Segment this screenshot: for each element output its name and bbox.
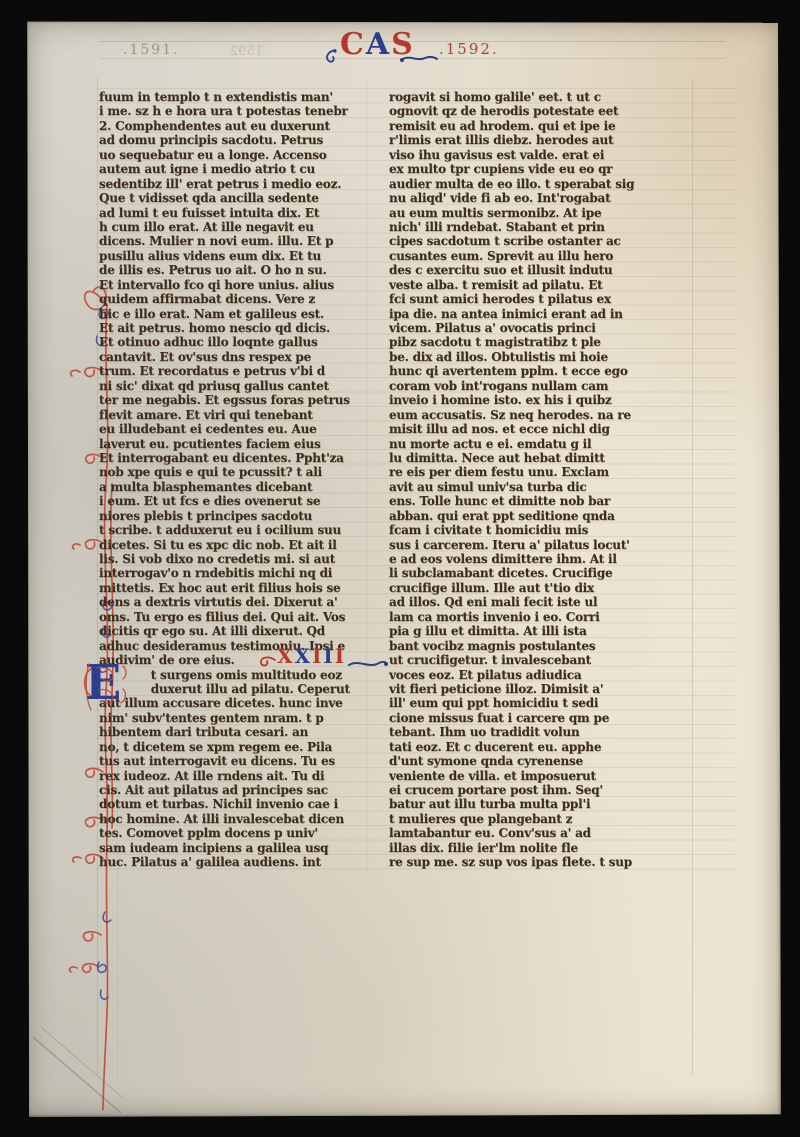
- text-line: d'unt symone qnda cyrenense: [389, 754, 693, 768]
- rubricated-letter: X: [295, 644, 313, 668]
- text-line: cantavit. Et ov'sus dns respex pe: [99, 350, 387, 364]
- text-line: oms. Tu ergo es filius dei. Qui ait. Vos: [99, 610, 387, 624]
- text-line: vit fieri peticione illoz. Dimisit a': [389, 682, 693, 696]
- text-line: dotum et turbas. Nichil invenio cae i: [99, 797, 387, 811]
- showthrough-number: 1592: [230, 44, 263, 59]
- text-line: fuum in templo t n extendistis man': [99, 90, 387, 104]
- text-line: de illis es. Petrus uo ait. O ho n su.: [99, 263, 387, 277]
- text-line: Que t vidisset qda ancilla sedente: [99, 191, 387, 205]
- text-line: ei crucem portare post ihm. Seq': [389, 783, 693, 797]
- text-line: veste alba. t remisit ad pilatu. Et: [389, 278, 693, 292]
- text-line: coram vob int'rogans nullam cam: [389, 379, 693, 393]
- text-line: dens a dextris virtutis dei. Dixerut a': [99, 595, 387, 609]
- text-line: misit illu ad nos. et ecce nichl dig: [389, 422, 693, 436]
- text-line: trum. Et recordatus e petrus v'bi d: [99, 364, 387, 378]
- rubricated-letter: I: [312, 644, 323, 668]
- text-line: cusantes eum. Sprevit au illu hero: [389, 249, 693, 263]
- text-line: Et otinuo adhuc illo loqnte gallus: [99, 335, 387, 349]
- text-line: audier multa de eo illo. t sperabat sig: [389, 177, 693, 191]
- text-line: autem aut igne i medio atrio t cu: [99, 162, 387, 176]
- manuscript-leaf: .1591. 1592 CAS .1592.: [25, 20, 781, 1117]
- header-flourish-icon: [399, 52, 439, 66]
- text-line: ens. Tolle hunc et dimitte nob bar: [389, 494, 693, 508]
- text-line: eu illudebant ei cedentes eu. Aue: [99, 422, 387, 436]
- text-line: aut illum accusare dicetes. hunc inve: [99, 696, 387, 710]
- text-line: nu morte actu e ei. emdatu g il: [389, 437, 693, 451]
- header-flourish-icon: [321, 48, 341, 70]
- folio-number-left: .1591.: [123, 42, 180, 58]
- text-line: i me. sz h e hora ura t potestas tenebr: [99, 104, 387, 118]
- text-line: huc. Pilatus a' galilea audiens. int: [99, 855, 387, 869]
- text-line: ex multo tpr cupiens vide eu eo qr: [389, 162, 693, 176]
- text-line: flevit amare. Et viri qui tenebant: [99, 408, 387, 422]
- text-line: pusillu alius videns eum dix. Et tu: [99, 249, 387, 263]
- text-line: i eum. Et ut fcs e dies ovenerut se: [99, 494, 387, 508]
- text-line: cione missus fuat i carcere qm pe: [389, 711, 693, 725]
- text-line: e ad eos volens dimittere ihm. At il: [389, 552, 693, 566]
- text-line: crucifige illum. Ille aut t'tio dix: [389, 581, 693, 595]
- text-line: bant vocibz magnis postulantes: [389, 639, 693, 653]
- text-line: duxerut illu ad pilatu. Ceperut: [99, 682, 387, 696]
- rubricated-letter: X: [277, 644, 295, 668]
- text-line: lis. Si vob dixo no credetis mi. si aut: [99, 552, 387, 566]
- text-line: ter me negabis. Et egssus foras petrus: [99, 393, 387, 407]
- text-line: laverut eu. pcutientes faciem eius: [99, 437, 387, 451]
- text-column-left: fuum in templo t n extendistis man'i me.…: [99, 90, 387, 870]
- text-line: sedentibz ill' erat petrus i medio eoz.: [99, 177, 387, 191]
- text-line: t mulieres que plangebant z: [389, 812, 693, 826]
- photo-backdrop: .1591. 1592 CAS .1592.: [0, 0, 800, 1137]
- text-line: au eum multis sermonibz. At ipe: [389, 206, 693, 220]
- text-line: nu aliqd' vide fi ab eo. Int'rogabat: [389, 191, 693, 205]
- text-line: ill' eum qui ppt homicidiu t sedi: [389, 696, 693, 710]
- text-line: quidem affirmabat dicens. Vere z: [99, 292, 387, 306]
- text-line: fcam i civitate t homicidiu mis: [389, 523, 693, 537]
- text-line: hic e illo erat. Nam et galileus est.: [99, 307, 387, 321]
- text-line: nim' subv'tentes gentem nram. t p: [99, 711, 387, 725]
- text-line: voces eoz. Et pilatus adiudica: [389, 668, 693, 682]
- text-line: dicens. Mulier n novi eum. illu. Et p: [99, 234, 387, 248]
- text-line: sam iudeam incipiens a galilea usq: [99, 841, 387, 855]
- chapter-numeral-flourish-icon: [257, 654, 277, 668]
- text-line: abban. qui erat ppt seditione qnda: [389, 509, 693, 523]
- text-line: r'limis erat illis diebz. herodes aut: [389, 133, 693, 147]
- text-line: eum accusatis. Sz neq herodes. na re: [389, 408, 693, 422]
- text-line: tebant. Ihm uo tradidit volun: [389, 725, 693, 739]
- text-line: t scribe. t adduxerut eu i ocilium suu: [99, 523, 387, 537]
- text-line: ognovit qz de herodis potestate eet: [389, 104, 693, 118]
- text-line: ad domu principis sacdotu. Petrus: [99, 133, 387, 147]
- text-line: be. dix ad illos. Obtulistis mi hoie: [389, 350, 693, 364]
- text-line: Et interrogabant eu dicentes. Ppht'za: [99, 451, 387, 465]
- text-line: rex iudeoz. At ille rndens ait. Tu di: [99, 769, 387, 783]
- text-line: cis. Ait aut pilatus ad principes sac: [99, 783, 387, 797]
- text-line: lu dimitta. Nece aut hebat dimitt: [389, 451, 693, 465]
- text-line: ad illos. Qd eni mali fecit iste ul: [389, 595, 693, 609]
- text-line: nich' illi rndebat. Stabant et prin: [389, 220, 693, 234]
- text-line: ni sic' dixat qd priusq gallus cantet: [99, 379, 387, 393]
- text-line: viso ihu gavisus est valde. erat ei: [389, 148, 693, 162]
- text-line: h cum illo erat. At ille negavit eu: [99, 220, 387, 234]
- text-line: a multa blasphemantes dicebant: [99, 480, 387, 494]
- text-line: fci sunt amici herodes t pilatus ex: [389, 292, 693, 306]
- text-line: remisit eu ad hrodem. qui et ipe ie: [389, 119, 693, 133]
- text-line: ad lumi t eu fuisset intuita dix. Et: [99, 206, 387, 220]
- text-line: t surgens omis multitudo eoz: [99, 668, 387, 682]
- text-line: nob xpe quis e qui te pcussit? t ali: [99, 465, 387, 479]
- text-line: ut crucifigetur. t invalescebant: [389, 653, 693, 667]
- text-line: illas dix. filie ier'lm nolite fle: [389, 841, 693, 855]
- chapter-numeral: XXIII: [277, 646, 346, 666]
- text-line: pibz sacdotu t magistratibz t ple: [389, 335, 693, 349]
- initial-filigree-icon: [83, 660, 131, 714]
- text-line: Et intervallo fco qi hore unius. alius: [99, 278, 387, 292]
- text-line: ipa die. na antea inimici erant ad in: [389, 307, 693, 321]
- text-line: dicetes. Si tu es xpc dic nob. Et ait il: [99, 538, 387, 552]
- text-line: batur aut illu turba multa ppl'i: [389, 797, 693, 811]
- text-line: rogavit si homo galile' eet. t ut c: [389, 90, 693, 104]
- text-line: lam ca mortis invenio i eo. Corri: [389, 610, 693, 624]
- text-line: sus i carcerem. Iteru a' pilatus locut': [389, 538, 693, 552]
- text-line: veniente de villa. et imposuerut: [389, 769, 693, 783]
- text-line: re eis per diem festu unu. Exclam: [389, 465, 693, 479]
- text-line: mittetis. Ex hoc aut erit filius hois se: [99, 581, 387, 595]
- text-column-right: rogavit si homo galile' eet. t ut cognov…: [389, 90, 693, 870]
- text-line: Et ait petrus. homo nescio qd dicis.: [99, 321, 387, 335]
- text-line: cipes sacdotum t scribe ostanter ac: [389, 234, 693, 248]
- rubricated-letter: A: [366, 30, 391, 60]
- text-line: hoc homine. At illi invalescebat dicen: [99, 812, 387, 826]
- text-line: vicem. Pilatus a' ovocatis princi: [389, 321, 693, 335]
- rubricated-letter: I: [323, 644, 334, 668]
- text-line: tati eoz. Et c ducerent eu. apphe: [389, 740, 693, 754]
- text-line: des c exercitu suo et illusit indutu: [389, 263, 693, 277]
- text-line: lamtabantur eu. Conv'sus a' ad: [389, 826, 693, 840]
- text-line: dicitis qr ego su. At illi dixerut. Qd: [99, 624, 387, 638]
- text-line: inveio i homine isto. ex his i quibz: [389, 393, 693, 407]
- text-line: hunc qi avertentem pplm. t ecce ego: [389, 364, 693, 378]
- text-line: niores plebis t principes sacdotu: [99, 509, 387, 523]
- text-line: no, t dicetem se xpm regem ee. Pila: [99, 740, 387, 754]
- rubricated-letter: C: [340, 30, 366, 60]
- text-line: re sup me. sz sup vos ipas flete. t sup: [389, 855, 693, 869]
- text-line: tes. Comovet pplm docens p univ': [99, 826, 387, 840]
- text-line: uo sequebatur eu a longe. Accenso: [99, 148, 387, 162]
- text-line: li subclamabant dicetes. Crucifige: [389, 566, 693, 580]
- text-line: hibentem dari tributa cesari. an: [99, 725, 387, 739]
- corner-crease: [25, 1005, 155, 1117]
- rubricated-letter: I: [335, 644, 346, 668]
- text-line: tus aut interrogavit eu dicens. Tu es: [99, 754, 387, 768]
- text-line: 2. Comphendentes aut eu duxerunt: [99, 119, 387, 133]
- text-line: avit au simul univ'sa turba dic: [389, 480, 693, 494]
- chapter-numeral-flourish-icon: [347, 658, 389, 672]
- text-line: pia g illu et dimitta. At illi ista: [389, 624, 693, 638]
- folio-number-right: .1592.: [439, 40, 499, 58]
- text-line: interrogav'o n rndebitis michi nq di: [99, 566, 387, 580]
